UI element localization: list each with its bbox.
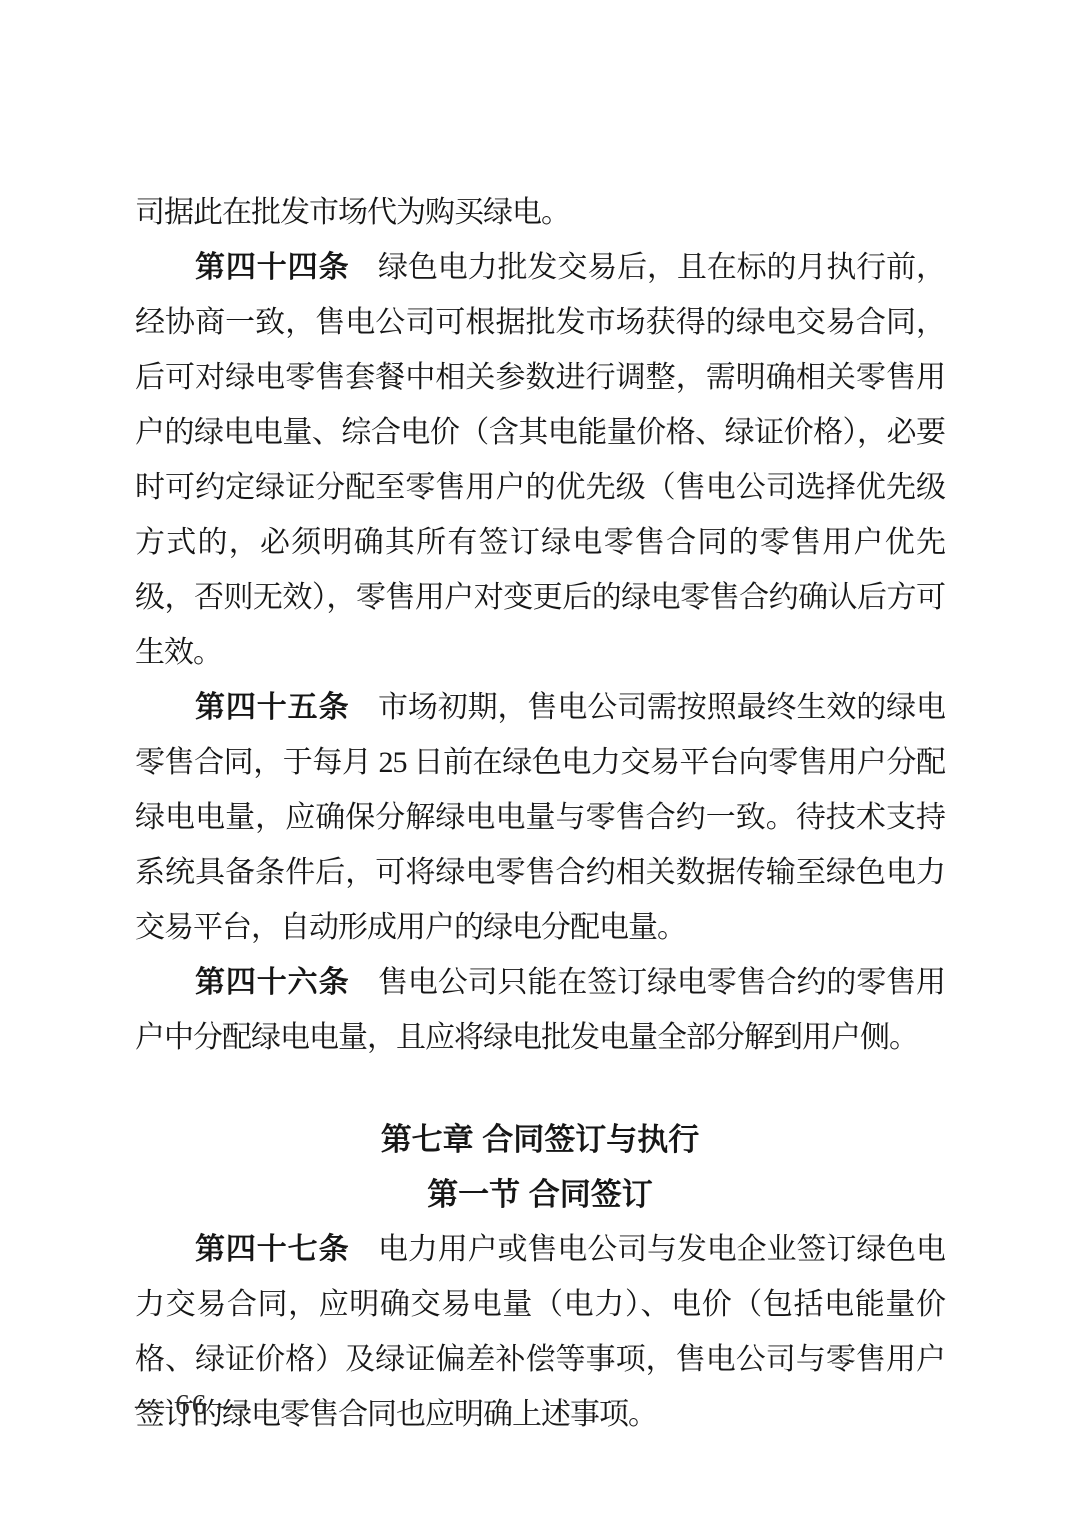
article-46-number: 第四十六条 <box>195 966 349 999</box>
article-45-paragraph: 第四十五条市场初期，售电公司需按照最终生效的绿电零售合同，于每月 25 日前在绿… <box>135 680 945 955</box>
article-44-text: 绿色电力批发交易后，且在标的月执行前，经协商一致，售电公司可根据批发市场获得的绿… <box>135 251 945 669</box>
continuation-text: 司据此在批发市场代为购买绿电。 <box>135 196 570 229</box>
document-page: 司据此在批发市场代为购买绿电。 第四十四条绿色电力批发交易后，且在标的月执行前，… <box>0 0 1080 1527</box>
article-44-paragraph: 第四十四条绿色电力批发交易后，且在标的月执行前，经协商一致，售电公司可根据批发市… <box>135 240 945 680</box>
chapter-heading: 第七章 合同签订与执行 <box>135 1112 945 1167</box>
continuation-paragraph: 司据此在批发市场代为购买绿电。 <box>135 185 945 240</box>
section-heading: 第一节 合同签订 <box>135 1167 945 1222</box>
article-47-paragraph: 第四十七条电力用户或售电公司与发电企业签订绿色电力交易合同，应明确交易电量（电力… <box>135 1222 945 1442</box>
article-47-number: 第四十七条 <box>195 1233 349 1266</box>
article-45-number: 第四十五条 <box>195 691 349 724</box>
article-45-text: 市场初期，售电公司需按照最终生效的绿电零售合同，于每月 25 日前在绿色电力交易… <box>135 691 945 944</box>
page-number: — 66 — <box>135 1385 249 1425</box>
article-44-number: 第四十四条 <box>195 251 349 284</box>
article-46-paragraph: 第四十六条售电公司只能在签订绿电零售合约的零售用户中分配绿电电量，且应将绿电批发… <box>135 955 945 1065</box>
document-body: 司据此在批发市场代为购买绿电。 第四十四条绿色电力批发交易后，且在标的月执行前，… <box>135 185 945 1442</box>
